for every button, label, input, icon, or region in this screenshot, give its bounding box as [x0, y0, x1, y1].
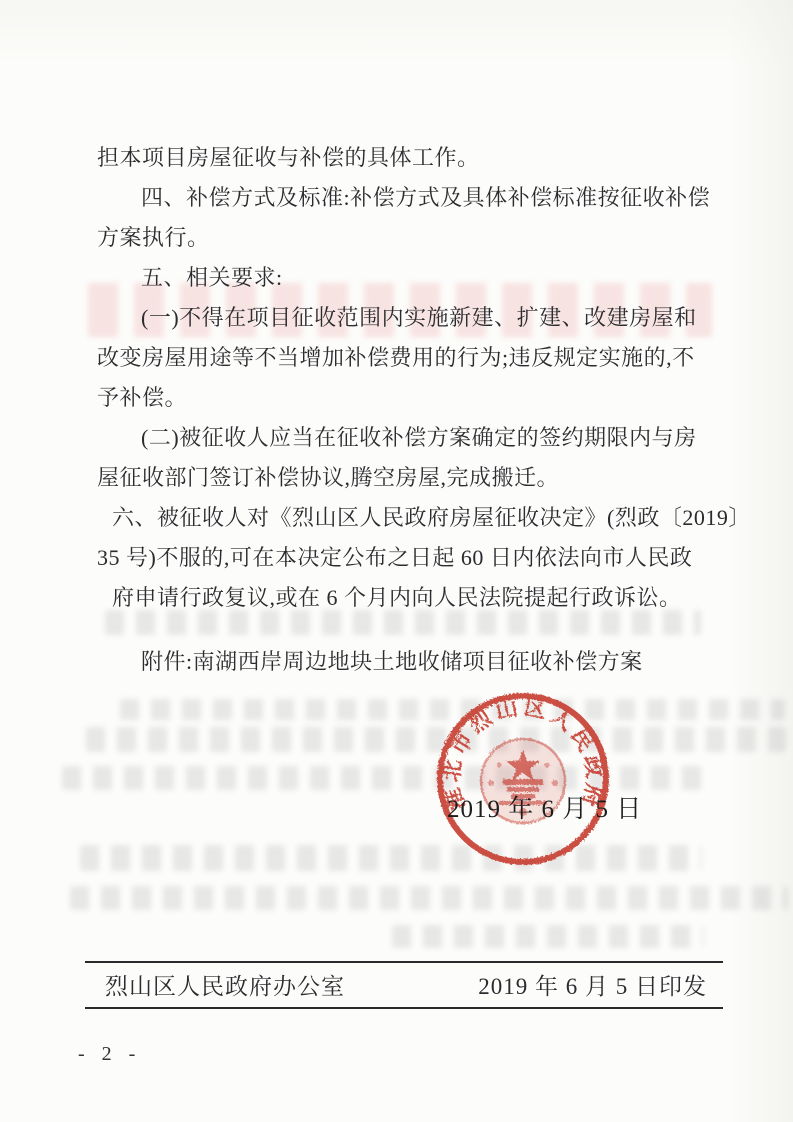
body-line: (二)被征收人应当在征收补偿方案确定的签约期限内与房: [97, 418, 715, 458]
body-line: 担本项目房屋征收与补偿的具体工作。: [97, 138, 715, 178]
bleed-through-artifact: [70, 886, 788, 910]
body-line: 府申请行政复议,或在 6 个月内向人民法院提起行政诉讼。: [97, 578, 715, 618]
body-line: 改变房屋用途等不当增加补偿费用的行为;违反规定实施的,不: [97, 338, 715, 378]
body-line: 四、补偿方式及标准:补偿方式及具体补偿标准按征收补偿: [97, 178, 715, 218]
body-line: (一)不得在项目征收范围内实施新建、扩建、改建房屋和: [97, 298, 715, 338]
seal-graphic: 淮北市烈山区人民政府: [433, 691, 613, 871]
page-number: - 2 -: [78, 1043, 141, 1066]
body-line: 屋征收部门签订补偿协议,腾空房屋,完成搬迁。: [97, 458, 715, 498]
official-seal: 淮北市烈山区人民政府: [433, 691, 613, 871]
footer-issuer: 烈山区人民政府办公室: [105, 968, 345, 1001]
body-line: 方案执行。: [97, 218, 715, 258]
attachment-line: 附件:南湖西岸周边地块土地收储项目征收补偿方案: [97, 642, 715, 682]
document-body: 担本项目房屋征收与补偿的具体工作。 四、补偿方式及标准:补偿方式及具体补偿标准按…: [97, 138, 715, 682]
body-line: 六、被征收人对《烈山区人民政府房屋征收决定》(烈政〔2019〕: [97, 498, 715, 538]
bleed-through-artifact: [392, 925, 704, 948]
footer-colophon: 烈山区人民政府办公室 2019 年 6 月 5 日印发: [85, 961, 723, 1009]
body-line: 35 号)不服的,可在本决定公布之日起 60 日内依法向市人民政: [97, 538, 715, 578]
body-line: 五、相关要求:: [97, 258, 715, 298]
footer-print-date: 2019 年 6 月 5 日印发: [478, 968, 707, 1001]
body-line: 予补偿。: [97, 378, 715, 418]
issue-date: 2019 年 6 月 5 日: [447, 789, 642, 825]
